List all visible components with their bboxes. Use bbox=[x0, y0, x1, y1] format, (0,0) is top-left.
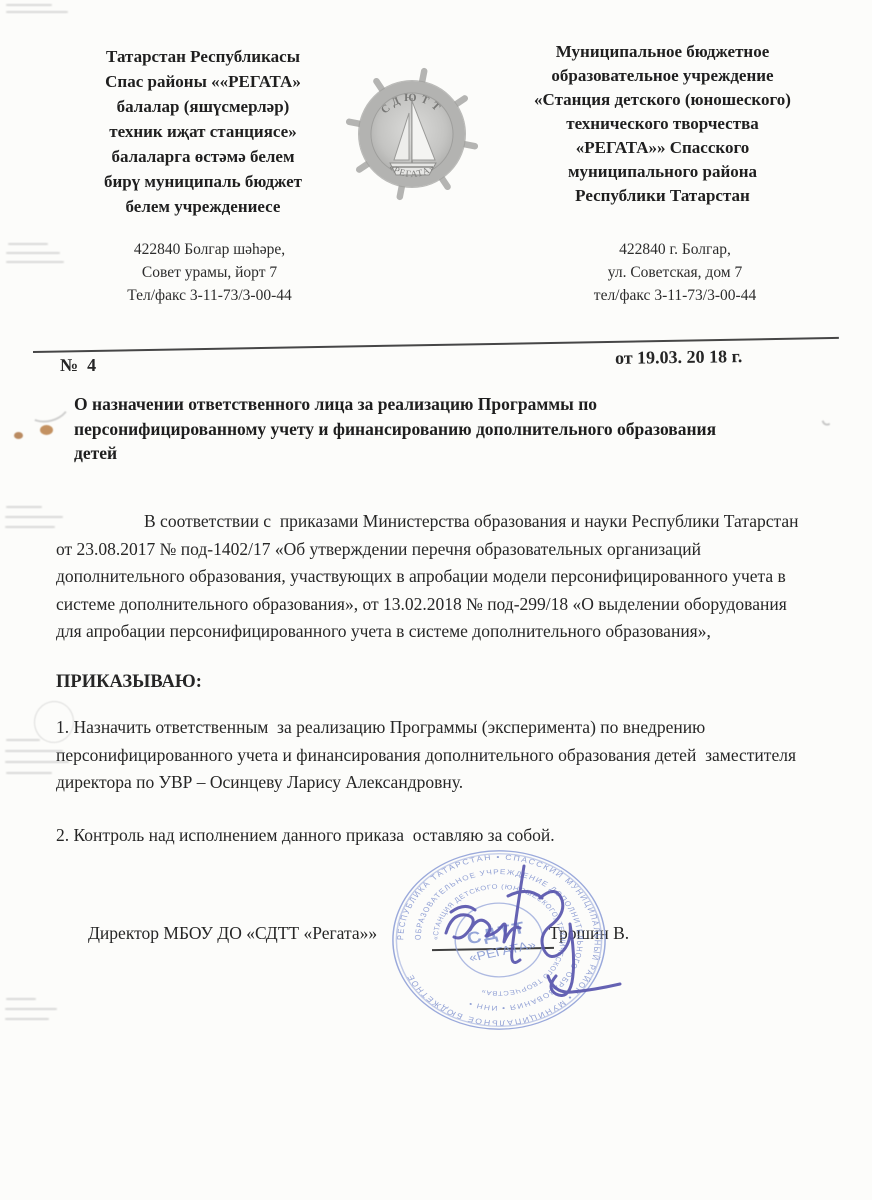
order-number: № 4 bbox=[60, 355, 96, 376]
address-left: 422840 Болгар шәһәре, Совет урамы, йорт … bbox=[92, 238, 327, 307]
decree-keyword: ПРИКАЗЫВАЮ: bbox=[56, 672, 202, 693]
letterhead-right-org-name: Муниципальное бюджетное образовательное … bbox=[490, 40, 835, 208]
address-right: 422840 г. Болгар, ул. Советская, дом 7 т… bbox=[525, 238, 825, 307]
body-paragraph: В соответствии с приказами Министерства … bbox=[56, 508, 808, 646]
signature-role: Директор МБОУ ДО «СДТТ «Регата»» bbox=[88, 920, 377, 948]
order-date: от 19.03. 20 18 г. bbox=[615, 346, 743, 369]
ship-wheel-emblem: СДЮТТ «РЕГАТА» bbox=[346, 56, 478, 208]
scanned-order-document: Татарстан Республикасы Спас районы ««РЕГ… bbox=[0, 0, 872, 1200]
letterhead-left-org-name: Татарстан Республикасы Спас районы ««РЕГ… bbox=[68, 44, 338, 219]
order-item-1: 1. Назначить ответственным за реализацию… bbox=[56, 714, 798, 797]
subject-title: О назначении ответственного лица за реал… bbox=[74, 392, 724, 466]
signature-ink bbox=[425, 850, 655, 1015]
